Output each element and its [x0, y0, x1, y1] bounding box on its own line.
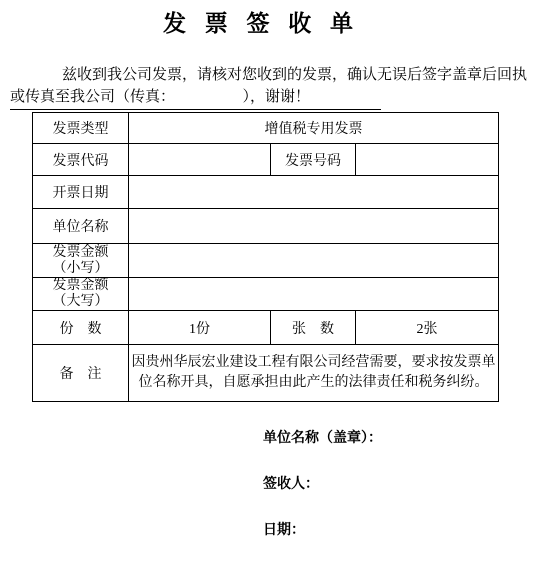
row-invoice-code-number: 发票代码 发票号码	[33, 144, 499, 176]
company-name-label: 单位名称	[33, 209, 129, 244]
amount-words-value	[129, 278, 499, 311]
sign-date-label: 日期：	[263, 523, 305, 539]
invoice-receipt-document: 发 票 签 收 单 兹收到我公司发票，请核对您收到的发票，确认无误后签字盖章后回…	[0, 0, 543, 565]
row-invoice-type: 发票类型 增值税专用发票	[33, 113, 499, 144]
remark-value: 因贵州华辰宏业建设工程有限公司经营需要，要求按发票单位名称开具，自愿承担由此产生…	[129, 345, 499, 402]
invoice-type-value: 增值税专用发票	[129, 113, 499, 144]
invoice-number-value	[356, 144, 499, 176]
row-remark: 备 注 因贵州华辰宏业建设工程有限公司经营需要，要求按发票单位名称开具，自愿承担…	[33, 345, 499, 402]
row-amount-words: 发票金额 （大写）	[33, 278, 499, 311]
invoice-type-label: 发票类型	[33, 113, 129, 144]
row-copies-sheets: 份 数 1份 张 数 2张	[33, 311, 499, 345]
invoice-number-label: 发票号码	[271, 144, 356, 176]
intro-line-1: 兹收到我公司发票，请核对您收到的发票，确认无误后签字盖章后回执	[10, 64, 540, 86]
amount-numeric-value	[129, 244, 499, 278]
invoice-code-value	[129, 144, 271, 176]
intro-line-2-underlined: 或传真至我公司（传真： ），谢谢！	[10, 86, 381, 110]
sheets-value: 2张	[356, 311, 499, 345]
receiver-signature-label: 签收人：	[263, 477, 319, 493]
invoice-form-table: 发票类型 增值税专用发票 发票代码 发票号码 开票日期 单位名称 发票金额 （小…	[32, 112, 499, 402]
row-company-name: 单位名称	[33, 209, 499, 244]
row-amount-numeric: 发票金额 （小写）	[33, 244, 499, 278]
amount-words-label: 发票金额 （大写）	[33, 278, 129, 311]
intro-paragraph: 兹收到我公司发票，请核对您收到的发票，确认无误后签字盖章后回执 或传真至我公司（…	[10, 64, 540, 110]
amount-numeric-label: 发票金额 （小写）	[33, 244, 129, 278]
invoice-date-label: 开票日期	[33, 176, 129, 209]
company-name-value	[129, 209, 499, 244]
row-invoice-date: 开票日期	[33, 176, 499, 209]
invoice-date-value	[129, 176, 499, 209]
page-title: 发 票 签 收 单	[0, 5, 530, 38]
copies-value: 1份	[129, 311, 271, 345]
sheets-label: 张 数	[271, 311, 356, 345]
copies-label: 份 数	[33, 311, 129, 345]
company-stamp-label: 单位名称（盖章）：	[263, 431, 382, 447]
remark-label: 备 注	[33, 345, 129, 402]
invoice-code-label: 发票代码	[33, 144, 129, 176]
